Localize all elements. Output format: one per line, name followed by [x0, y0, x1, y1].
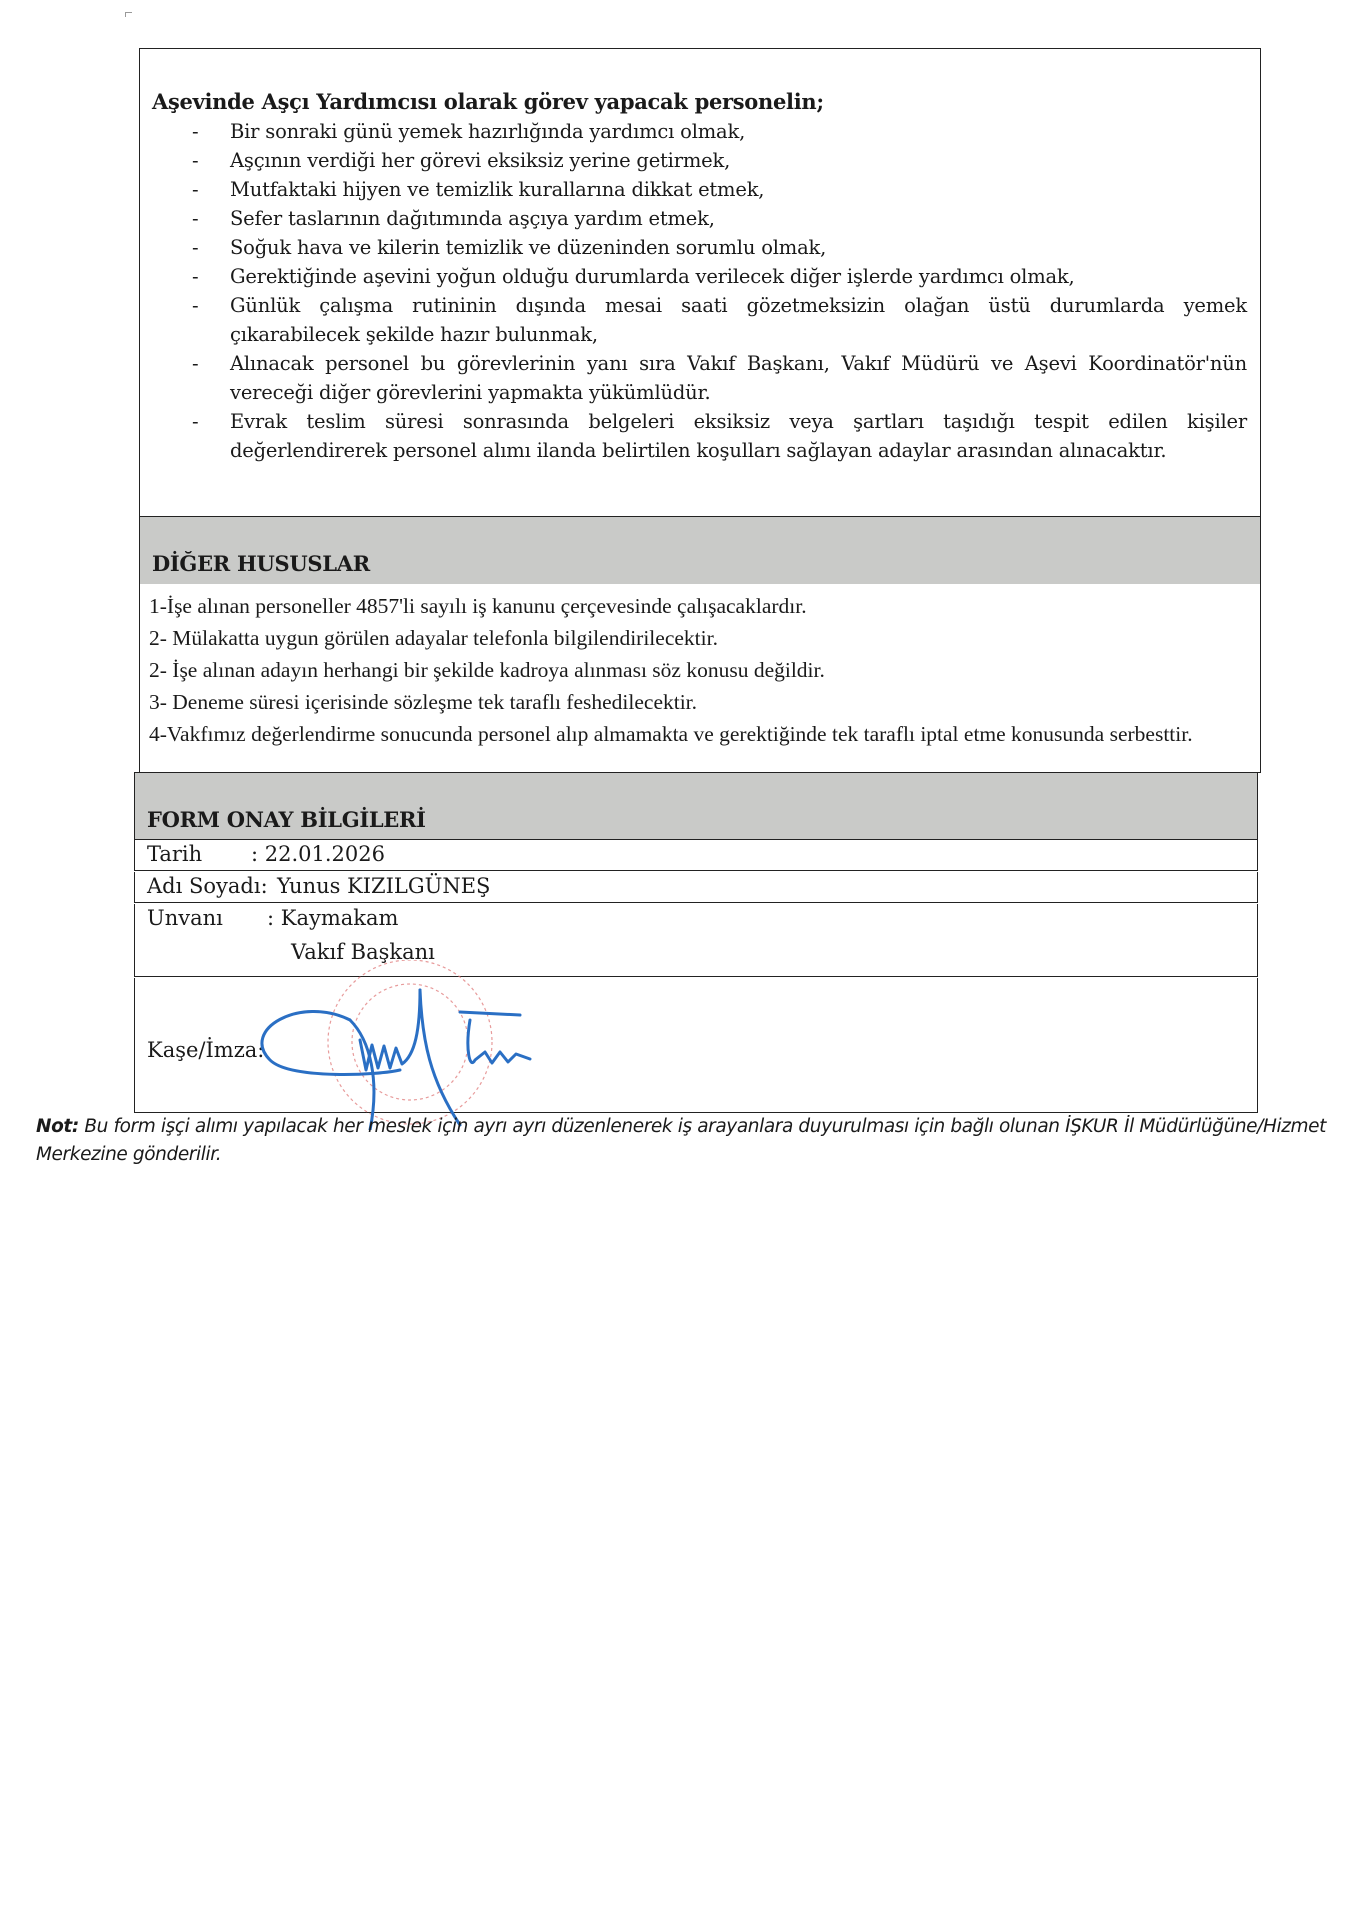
name-label: Adı Soyadı:	[147, 874, 268, 898]
approval-title: FORM ONAY BİLGİLERİ	[147, 807, 426, 832]
date-label: Tarih	[147, 842, 202, 866]
title-row: Unvanı : Kaymakam Vakıf Başkanı	[134, 904, 1258, 977]
duty-list: -Bir sonraki günü yemek hazırlığında yar…	[152, 117, 1247, 465]
list-item: -Aşçının verdiği her görevi eksiksiz yer…	[152, 146, 1247, 175]
list-item: -Günlük çalışma rutininin dışında mesai …	[152, 291, 1247, 349]
duties-title: Aşevinde Aşçı Yardımcısı olarak görev ya…	[152, 89, 824, 114]
list-item: 2- İşe alınan adayın herhangi bir şekild…	[149, 654, 1249, 686]
title-value: : Kaymakam	[267, 906, 398, 930]
bullet-dash: -	[192, 291, 198, 320]
bullet-dash: -	[192, 407, 198, 436]
date-row: Tarih : 22.01.2026	[134, 840, 1258, 871]
list-item: 1-İşe alınan personeller 4857'li sayılı …	[149, 590, 1249, 622]
bullet-dash: -	[192, 146, 198, 175]
other-matters-list: 1-İşe alınan personeller 4857'li sayılı …	[149, 590, 1249, 750]
note-label: Not:	[36, 1116, 79, 1137]
document-page: Aşevinde Aşçı Yardımcısı olarak görev ya…	[0, 0, 1359, 1920]
other-matters-title: DİĞER HUSUSLAR	[152, 551, 370, 576]
list-item: -Sefer taslarının dağıtımında aşçıya yar…	[152, 204, 1247, 233]
name-row: Adı Soyadı: Yunus KIZILGÜNEŞ	[134, 872, 1258, 903]
approval-header: FORM ONAY BİLGİLERİ	[134, 772, 1258, 840]
bullet-dash: -	[192, 175, 198, 204]
list-item: 4-Vakfımız değerlendirme sonucunda perso…	[149, 718, 1249, 750]
other-matters-header: DİĞER HUSUSLAR	[139, 516, 1261, 586]
duties-section: Aşevinde Aşçı Yardımcısı olarak görev ya…	[139, 48, 1261, 517]
bullet-dash: -	[192, 117, 198, 146]
other-matters-body: 1-İşe alınan personeller 4857'li sayılı …	[139, 584, 1261, 773]
list-item: -Alınacak personel bu görevlerinin yanı …	[152, 349, 1247, 407]
list-item: -Mutfaktaki hijyen ve temizlik kuralları…	[152, 175, 1247, 204]
list-item: -Bir sonraki günü yemek hazırlığında yar…	[152, 117, 1247, 146]
name-value: Yunus KIZILGÜNEŞ	[277, 874, 490, 898]
list-item: 2- Mülakatta uygun görülen adayalar tele…	[149, 622, 1249, 654]
bullet-dash: -	[192, 233, 198, 262]
footer-note: Not: Bu form işçi alımı yapılacak her me…	[36, 1113, 1326, 1169]
bullet-dash: -	[192, 349, 198, 378]
title-label: Unvanı	[147, 906, 223, 930]
title-value-2: Vakıf Başkanı	[291, 940, 435, 964]
note-text: Bu form işçi alımı yapılacak her meslek …	[36, 1116, 1326, 1165]
bullet-dash: -	[192, 204, 198, 233]
date-value: : 22.01.2026	[251, 842, 385, 866]
bullet-dash: -	[192, 262, 198, 291]
list-item: -Evrak teslim süresi sonrasında belgeler…	[152, 407, 1247, 465]
list-item: -Gerektiğinde aşevini yoğun olduğu durum…	[152, 262, 1247, 291]
scan-mark	[125, 12, 132, 17]
list-item: -Soğuk hava ve kilerin temizlik ve düzen…	[152, 233, 1247, 262]
signature-row: Kaşe/İmza:	[134, 978, 1258, 1113]
signature-label: Kaşe/İmza:	[147, 1038, 264, 1062]
list-item: 3- Deneme süresi içerisinde sözleşme tek…	[149, 686, 1249, 718]
